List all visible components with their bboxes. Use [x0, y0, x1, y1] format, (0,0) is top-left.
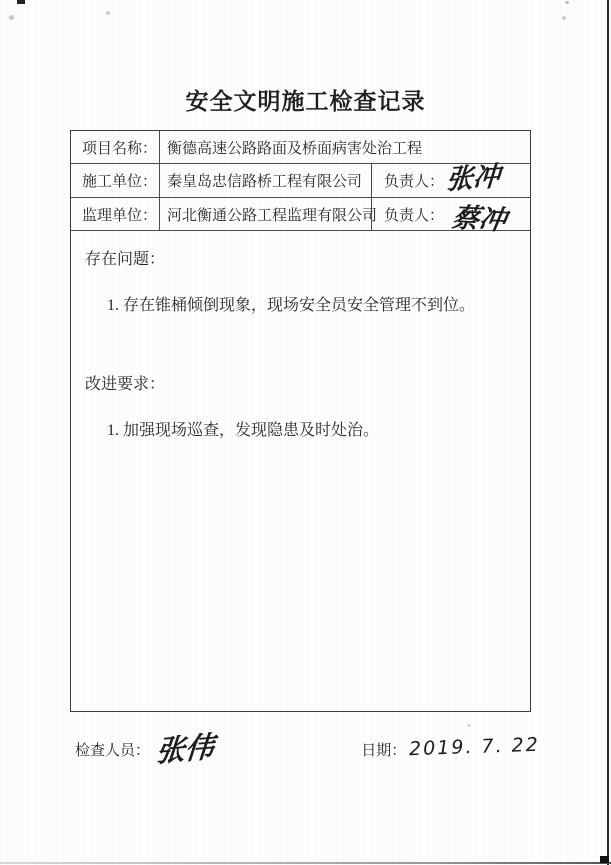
requirements-item: 1. 加强现场巡查，发现隐患及时处治。: [85, 417, 379, 440]
scan-speck: [9, 15, 14, 20]
date-label: 日期：: [361, 739, 406, 760]
contractor-value: 秦皇岛忠信路桥工程有限公司: [160, 164, 372, 198]
problems-item: 1. 存在锥桶倾倒现象，现场安全员安全管理不到位。: [85, 292, 475, 315]
scan-speck: [565, 1, 569, 4]
remarks-cell: 存在问题： 1. 存在锥桶倾倒现象，现场安全员安全管理不到位。 改进要求： 1.…: [71, 231, 531, 711]
date-field: 日期： 2019. 7. 22: [361, 733, 537, 761]
scan-speck: [106, 11, 110, 15]
inspector-signature: 张伟: [155, 732, 215, 766]
requirements-heading: 改进要求：: [85, 371, 165, 394]
scan-artifact-corner-blot: [600, 856, 609, 863]
supervisor-value: 河北衡通公路工程监理有限公司: [160, 198, 372, 231]
footer-signature-line: 检查人员： 张伟 日期： 2019. 7. 22: [75, 733, 537, 768]
scan-artifact-bottom-edge: [0, 862, 611, 864]
scan-speck: [562, 16, 566, 20]
date-handwritten-value: 2019. 7. 22: [409, 734, 540, 761]
project-name-value: 衡德高速公路路面及桥面病害处治工程: [160, 131, 531, 164]
supervisor-label: 监理单位：: [71, 198, 160, 231]
scan-speck: [467, 724, 471, 727]
supervisor-responsible-signature: 蔡冲: [450, 204, 508, 234]
supervisor-responsible-cell: 负责人： 蔡冲: [372, 198, 531, 231]
document-title: 安全文明施工检查记录: [0, 83, 611, 116]
inspector-field: 检查人员： 张伟: [75, 733, 214, 768]
supervisor-responsible-label: 负责人：: [384, 204, 444, 225]
problems-heading: 存在问题：: [85, 246, 165, 269]
inspection-form-table: 项目名称： 衡德高速公路路面及桥面病害处治工程 施工单位： 秦皇岛忠信路桥工程有…: [70, 130, 531, 712]
contractor-responsible-label: 负责人：: [384, 170, 444, 191]
contractor-label: 施工单位：: [71, 164, 160, 198]
scan-artifact-right-edge: [607, 0, 609, 865]
contractor-responsible-signature: 张冲: [445, 163, 501, 194]
scanned-document-page: 安全文明施工检查记录 项目名称： 衡德高速公路路面及桥面病害处治工程 施工单位：…: [0, 0, 611, 865]
project-name-label: 项目名称：: [71, 131, 160, 164]
scan-artifact-top-mark: [17, 0, 25, 4]
contractor-responsible-cell: 负责人： 张冲: [372, 164, 531, 198]
inspector-label: 检查人员：: [75, 739, 150, 760]
